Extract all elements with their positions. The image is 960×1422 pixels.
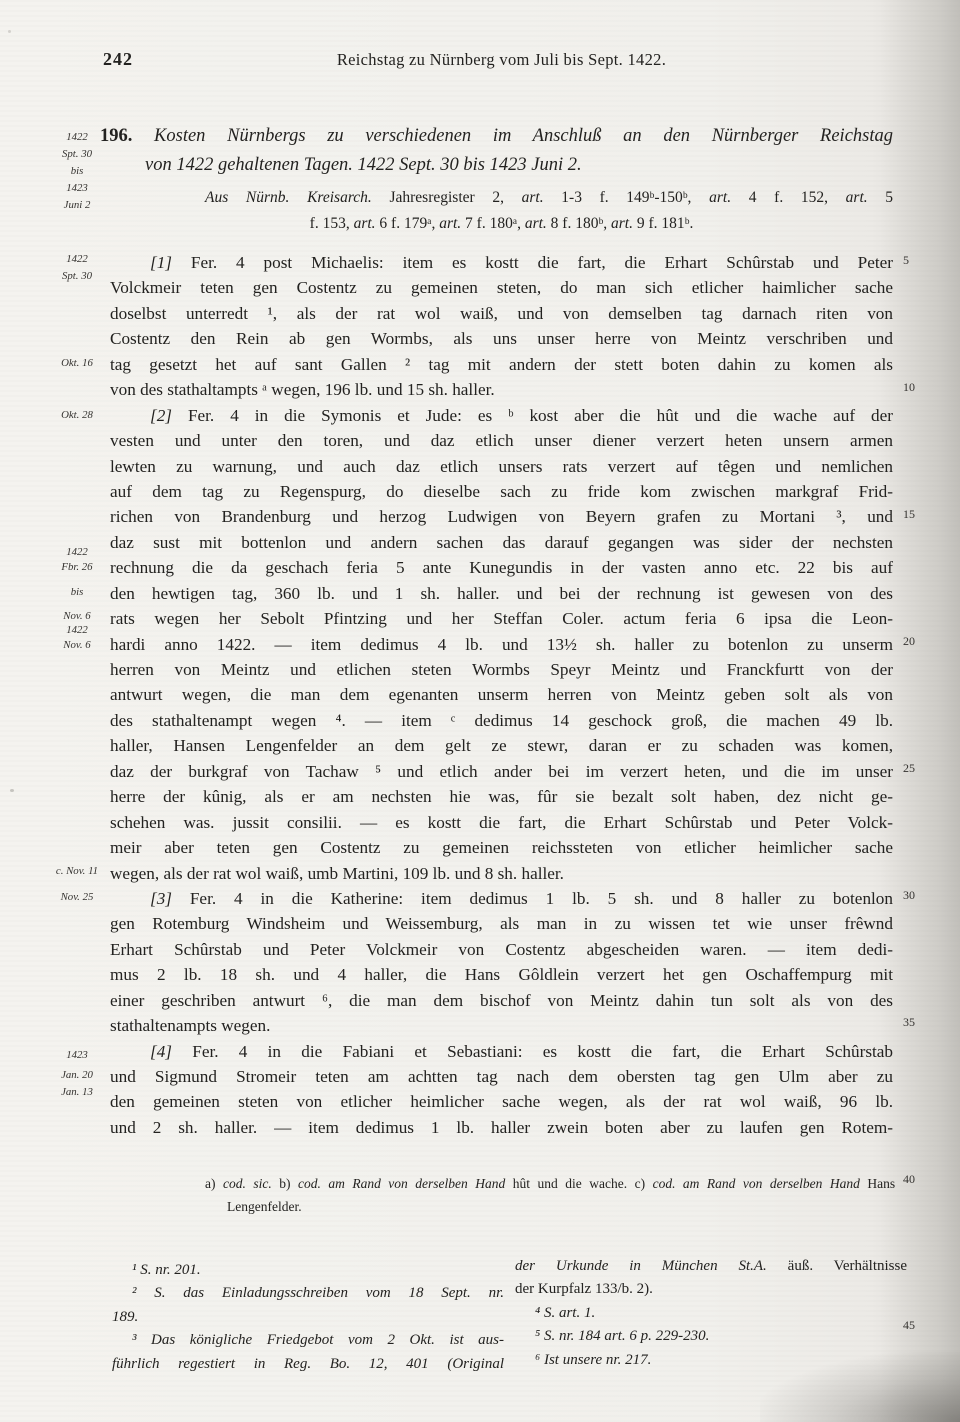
text-line: einer geschriben antwurt ⁶, die man dem … [110,988,893,1013]
apparatus-note-text: hût und die wache. [513,1176,627,1191]
text-line: von des stathaltampts ᵃ wegen, 196 lb. u… [110,377,893,402]
footnotes-left-column: ¹ S. nr. 201. ² S. das Einladungsschreib… [112,1259,504,1376]
text-line: wegen, als der rat wol waiß, umb Martini… [110,861,893,886]
margin-date: Fbr. 26 [50,560,104,574]
margin-date: Nov. 6 [50,638,104,652]
text-line: lewten zu warnung, und auch daz etlich u… [110,454,893,479]
source-art: art. [354,215,376,232]
source-folio: 1-3 f. 149ᵇ-150ᵇ, [561,189,691,206]
margin-date: Spt. 30 [50,147,104,161]
text-line: Costentz den Rein ab gen Wormbs, als uns… [110,326,893,351]
text-line: gen Rotemburg Windsheim und Weissemburg,… [110,911,893,936]
margin-date: Juni 2 [50,198,104,212]
text-line: meir aber teten gen Costentz zu gemeinen… [110,835,893,860]
text-line: auf dem tag zu Regenspurg, do dieselbe s… [110,479,893,504]
margin-date: bis [50,164,104,178]
source-art: art. [611,215,633,232]
margin-date: Jan. 13 [50,1085,104,1099]
margin-date: Jan. 20 [50,1068,104,1082]
text-line: antwurt wegen, die man dem egenanten uns… [110,682,893,707]
entry-title: Kosten Nürnbergs zu verschiedenen im Ans… [154,126,893,146]
footnote-line: ⁵ S. nr. 184 art. 6 p. 229-230. [515,1325,907,1348]
apparatus-line2: Lengenfelder. [227,1199,302,1215]
footnote-line: der Kurpfalz 133/b. 2). [515,1278,907,1301]
margin-date: 1422 [50,623,104,637]
source-folio: 9 f. 181ᵇ. [637,215,693,232]
text-line: Erhart Schûrstab und Peter Volckmeir von… [110,937,893,962]
line-number: 45 [903,1318,937,1333]
source-register: Jahresregister 2, [389,189,504,206]
source-folio: 7 f. 180ᵃ, [465,215,521,232]
text-line: schehen was. jussit consilii. — es kostt… [110,810,893,835]
source-art: art. [709,189,731,206]
apparatus-note-text: Hans [867,1176,895,1191]
text-line: Volckmeir teten gen Costentz zu gemeinen… [110,275,893,300]
text-line: [3] Fer. 4 in die Katherine: item dedimu… [110,886,893,911]
line-number: 5 [903,253,937,268]
source-line2: f. 153, art. 6 f. 179ᵃ, art. 7 f. 180ᵃ, … [110,215,893,233]
entry-heading-line2: von 1422 gehaltenen Tagen. 1422 Sept. 30… [145,155,893,176]
footnote-text: der Urkunde in München St.A. [515,1258,767,1274]
text-line-content: Fer. 4 in die Katherine: item dedimus 1 … [190,889,893,908]
apparatus-note-label: b) [279,1176,290,1191]
line-number: 40 [903,1172,937,1187]
margin-date: 1423 [50,181,104,195]
text-line: den hewtigen tag, 360 lb. und 1 sh. hall… [110,581,893,606]
text-line: herre der kûnig, als er am nechsten hie … [110,784,893,809]
footnote-text: äuß. Verhältnisse [788,1258,907,1274]
text-line: [1] Fer. 4 post Michaelis: item es kostt… [110,250,893,275]
paragraph-marker: [3] [150,889,172,908]
footnote-line: der Urkunde in München St.A. äuß. Verhäl… [515,1255,907,1278]
margin-date: Okt. 16 [50,356,104,370]
apparatus-note-label: c) [635,1176,646,1191]
text-line: tag gesetzt het auf sant Gallen ² tag mi… [110,352,893,377]
footnote-line: ² S. das Einladungsschreiben vom 18 Sept… [112,1282,504,1305]
margin-date: c. Nov. 11 [50,864,104,878]
apparatus-note-text: cod. am Rand von derselben Hand [653,1176,860,1191]
text-line: richen von Brandenburg und herzog Ludwig… [110,504,893,529]
text-line: daz der burkgraf von Tachaw ⁵ und etlich… [110,759,893,784]
source-folio: 5 [885,189,893,206]
source-folio: f. 153, [310,215,350,232]
paragraph-marker: [2] [150,406,172,425]
text-line: [2] Fer. 4 in die Symonis et Jude: es ᵇ … [110,403,893,428]
body-text: [1] Fer. 4 post Michaelis: item es kostt… [110,250,893,1140]
source-folio: 4 f. 152, [749,189,828,206]
text-line-content: Fer. 4 in die Symonis et Jude: es ᵇ kost… [188,406,893,425]
text-line: des stathaltenampt wegen ⁴. — item ᶜ ded… [110,708,893,733]
source-archive: Aus Nürnb. Kreisarch. [205,189,372,206]
footnote-line: 189. [112,1306,504,1329]
margin-date: 1422 [50,252,104,266]
footnote-line: ⁴ S. art. 1. [515,1302,907,1325]
source-line1: Aus Nürnb. Kreisarch. Jahresregister 2, … [205,189,893,207]
dust-speck [10,789,14,792]
text-line: hardi anno 1422. — item dedimus 4 lb. un… [110,632,893,657]
text-line-content: Fer. 4 in die Fabiani et Sebastiani: es … [192,1042,893,1061]
footnote-line: ¹ S. nr. 201. [112,1259,504,1282]
line-number: 20 [903,634,937,649]
source-folio: 6 f. 179ᵃ, [379,215,435,232]
source-art: art. [522,189,544,206]
text-line: rechnung die da geschach feria 5 ante Ku… [110,555,893,580]
margin-date: Nov. 25 [50,890,104,904]
source-art: art. [439,215,461,232]
apparatus-note-label: a) [205,1176,216,1191]
text-line-content: Fer. 4 post Michaelis: item es kostt die… [191,253,893,272]
apparatus-note-text: cod. am Rand von derselben Hand [298,1176,505,1191]
scanned-book-page: 242 Reichstag zu Nürnberg vom Juli bis S… [0,0,960,1422]
text-line: haller, Hansen Lengenfelder an dem gelt … [110,733,893,758]
margin-date: bis [50,585,104,599]
footnote-line: führlich regestiert in Reg. Bo. 12, 401 … [112,1353,504,1376]
text-line: daz sust mit bottenlon und andern sachen… [110,530,893,555]
text-line: und 2 sh. haller. — item dedimus 1 lb. h… [110,1115,893,1140]
text-line: rats wegen her Sebolt Pfintzing und her … [110,606,893,631]
margin-date: 1422 [50,130,104,144]
paragraph-marker: [4] [150,1042,172,1061]
running-header: Reichstag zu Nürnberg vom Juli bis Sept.… [110,50,893,70]
text-line: mus 2 lb. 18 sh. und 4 haller, die Hans … [110,962,893,987]
text-line: [4] Fer. 4 in die Fabiani et Sebastiani:… [110,1039,893,1064]
source-art: art. [525,215,547,232]
line-number: 25 [903,761,937,776]
text-line: herren von Meintz und etlichen steten Wo… [110,657,893,682]
text-line: doselbst unterredt ¹, als der rat wol wa… [110,301,893,326]
entry-heading-line1: 196. Kosten Nürnbergs zu verschiedenen i… [100,126,893,147]
paragraph-marker: [1] [150,253,172,272]
line-number: 35 [903,1015,937,1030]
line-number: 30 [903,888,937,903]
margin-date: 1423 [50,1048,104,1062]
source-art: art. [846,189,868,206]
text-line: vesten und unter den toren, und daz etli… [110,428,893,453]
margin-date: Nov. 6 [50,609,104,623]
text-line: stathaltenampts wegen. [110,1013,893,1038]
apparatus-line1: a) cod. sic. b) cod. am Rand von derselb… [205,1176,895,1192]
text-line: und Sigmund Stromeir teten am achtten ta… [110,1064,893,1089]
margin-date: Okt. 28 [50,408,104,422]
entry-number: 196. [100,126,132,146]
line-number: 10 [903,380,937,395]
source-folio: 8 f. 180ᵇ, [551,215,607,232]
footnotes-right-column: der Urkunde in München St.A. äuß. Verhäl… [515,1255,907,1372]
text-line: den gemeinen steten von etlicher heimlic… [110,1089,893,1114]
margin-date: 1422 [50,545,104,559]
footnote-line: ³ Das königliche Friedgebot vom 2 Okt. i… [112,1329,504,1352]
margin-date: Spt. 30 [50,269,104,283]
dust-speck [8,30,11,33]
footnote-line: ⁶ Ist unsere nr. 217. [515,1349,907,1372]
line-number: 15 [903,507,937,522]
apparatus-note-text: cod. sic. [223,1176,272,1191]
